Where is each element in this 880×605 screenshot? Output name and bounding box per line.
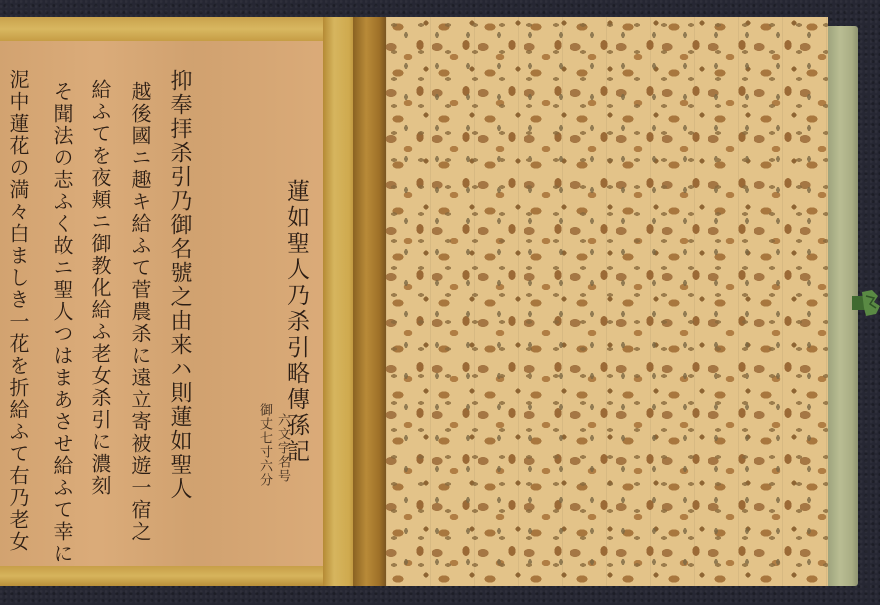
text-column-3: 給ふてを夜頬ニ御教化給ふ老女杀引に濃刻 [90, 79, 110, 497]
gold-border-top [0, 17, 336, 41]
inscription-line-2: 御丈七寸六分 [258, 403, 271, 487]
text-column-4: そ聞法の志ふく故ニ聖人つはまあさせ給ふて幸に [52, 81, 72, 565]
tie-cord-icon [852, 288, 880, 318]
inscription-line-1: 六文字名号 [276, 413, 289, 483]
text-column-1: 抑奉拝杀引乃御名號之由来ハ則蓮如聖人 [168, 69, 190, 501]
text-column-2: 越後國ニ趣キ給ふて菅農杀に遠立寄被遊一宿之 [130, 81, 150, 543]
calligraphy-panel: 蓮如聖人乃杀引略傳孫記 六文字名号 御丈七寸六分 抑奉拝杀引乃御名號之由来ハ則蓮… [0, 41, 323, 566]
gold-border-bottom [0, 566, 336, 586]
gold-flecked-paper [386, 17, 828, 586]
text-column-5: 泥中蓮花の満々白ましき一花を折給ふて右乃老女 [8, 69, 28, 553]
gold-fold-shadow [353, 17, 386, 586]
